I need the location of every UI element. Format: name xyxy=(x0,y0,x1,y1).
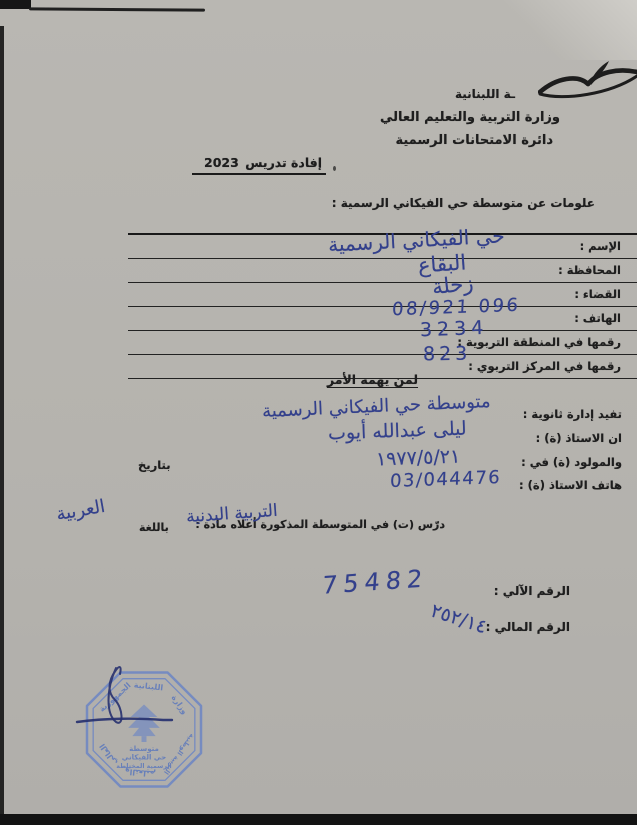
financial-number-label: الرقم المالي : xyxy=(486,620,570,634)
handwritten-language: العربية xyxy=(55,496,107,525)
school-certifies-label: تفيد إدارة ثانوية : xyxy=(523,407,622,421)
scan-bottom-edge xyxy=(0,814,637,825)
handwritten-center-number: 823 xyxy=(423,343,472,366)
open-book-icon xyxy=(538,60,637,104)
intro-line: علومات عن متوسطة حي الفيكاني الرسمية : xyxy=(332,196,595,210)
field-label-district: القضاء : xyxy=(128,283,637,306)
handwritten-birthdate: ١٩٧٧/٥/٢١ xyxy=(376,446,461,471)
title-year: 2023 xyxy=(204,155,239,170)
teacher-phone-label: هاتف الاستاذ (ة) : xyxy=(519,478,622,492)
handwritten-district: زحلة xyxy=(431,271,475,299)
scan-line-artifact xyxy=(29,7,205,11)
concern-heading: لمن يهمه الأمر xyxy=(315,372,430,387)
scan-speck xyxy=(333,166,336,171)
language-label: باللغة xyxy=(139,521,169,534)
school-info-table: الإسم : المحافظة : القضاء : الهاتف : رقم… xyxy=(128,233,637,379)
field-label-governorate: المحافظة : xyxy=(128,259,637,282)
auto-number-label: الرقم الآلي : xyxy=(494,584,570,598)
handwritten-teacher-name: ليلى عبدالله أيوب xyxy=(328,418,467,445)
field-label-zone-number: رقمها في المنطقة التربوية : xyxy=(128,331,637,354)
teacher-label: ان الاستاذ (ة) : xyxy=(536,431,622,445)
header-ministry-line: وزارة التربية والتعليم العالي xyxy=(380,110,560,125)
handwritten-zone-number: 3234 xyxy=(420,317,489,341)
handwritten-auto-number: 75482 xyxy=(321,564,429,600)
table-row: الهاتف : xyxy=(128,307,637,331)
signature xyxy=(60,650,280,774)
table-row: رقمها في المنطقة التربوية : xyxy=(128,331,637,355)
scan-light-corner xyxy=(487,0,637,60)
field-label-phone: الهاتف : xyxy=(128,307,637,330)
birthdate-label: والمولود (ة) في : xyxy=(521,455,622,469)
table-row: القضاء : xyxy=(128,283,637,307)
title-text: إفادة تدريس xyxy=(245,155,322,170)
handwritten-teacher-phone: 03/044476 xyxy=(390,467,502,492)
signature-stroke-icon xyxy=(60,650,280,770)
handwritten-school-phone: 08/921 096 xyxy=(391,295,520,321)
ministry-book-logo xyxy=(538,60,637,108)
handwritten-financial-number: ٢٥٢/١٤ xyxy=(428,600,489,639)
scanned-document-page: ـة اللبنانية وزارة التربية والتعليم العا… xyxy=(0,0,637,825)
document-title: إفادة تدريس 2023 xyxy=(192,155,326,175)
header-department-line: دائرة الامتحانات الرسمية xyxy=(395,133,553,148)
date-note-label: بتاريخ xyxy=(138,458,171,472)
scan-corner-artifact xyxy=(0,0,31,9)
header-republic-line: ـة اللبنانية xyxy=(455,87,515,101)
scan-left-edge xyxy=(0,26,4,825)
table-row: المحافظة : xyxy=(128,259,637,283)
